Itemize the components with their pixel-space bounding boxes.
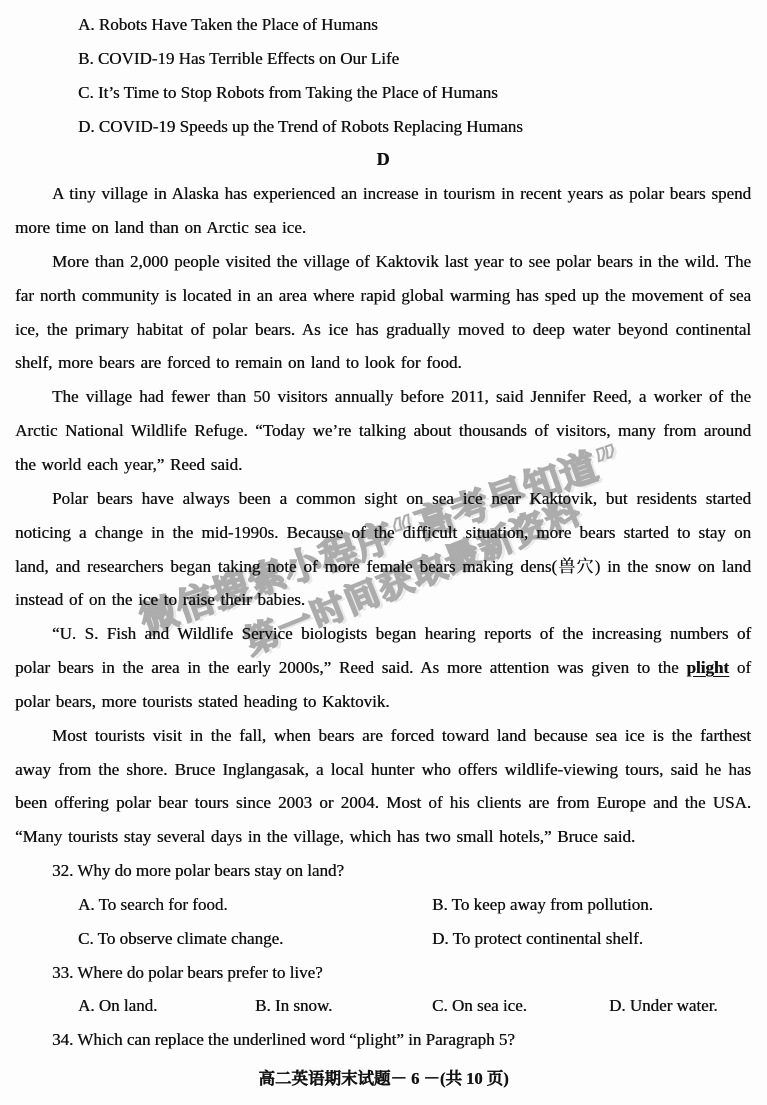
question-32-option-d: D. To protect continental shelf.: [432, 922, 643, 956]
top-answer-options: A. Robots Have Taken the Place of Humans…: [15, 8, 751, 143]
question-32: 32. Why do more polar bears stay on land…: [52, 854, 751, 888]
question-33-option-c: C. On sea ice.: [432, 989, 609, 1023]
top-option-a: A. Robots Have Taken the Place of Humans: [78, 8, 751, 42]
passage-paragraph-5: “U. S. Fish and Wildlife Service biologi…: [15, 617, 751, 719]
question-32-option-a: A. To search for food.: [78, 888, 432, 922]
question-32-options-row-1: A. To search for food. B. To keep away f…: [78, 888, 751, 922]
top-option-c: C. It’s Time to Stop Robots from Taking …: [78, 76, 751, 110]
underlined-keyword-plight: plight: [686, 658, 729, 677]
passage-paragraph-3: The village had fewer than 50 visitors a…: [15, 380, 751, 482]
page-footer: 高二英语期末试题－ 6 －(共 10 页): [0, 1065, 767, 1089]
question-33-option-b: B. In snow.: [255, 989, 432, 1023]
exam-page: 微信搜索小程序“高考早知道” 第一时间获取最新资料 A. Robots Have…: [0, 0, 767, 1105]
passage-paragraph-2: More than 2,000 people visited the villa…: [15, 245, 751, 380]
question-34: 34. Which can replace the underlined wor…: [52, 1023, 751, 1057]
passage-paragraph-6: Most tourists visit in the fall, when be…: [15, 719, 751, 854]
passage-section-label: D: [15, 143, 751, 177]
passage-paragraph-1: A tiny village in Alaska has experienced…: [15, 177, 751, 245]
question-32-option-c: C. To observe climate change.: [78, 922, 432, 956]
page-content: A. Robots Have Taken the Place of Humans…: [0, 0, 767, 1057]
question-33: 33. Where do polar bears prefer to live?: [52, 956, 751, 990]
question-33-option-a: A. On land.: [78, 989, 255, 1023]
top-option-b: B. COVID-19 Has Terrible Effects on Our …: [78, 42, 751, 76]
top-option-d: D. COVID-19 Speeds up the Trend of Robot…: [78, 110, 751, 144]
question-32-option-b: B. To keep away from pollution.: [432, 888, 653, 922]
passage-paragraph-4: Polar bears have always been a common si…: [15, 482, 751, 617]
question-33-option-d: D. Under water.: [609, 989, 718, 1023]
question-32-options-row-2: C. To observe climate change. D. To prot…: [78, 922, 751, 956]
paragraph-5-text-before: “U. S. Fish and Wildlife Service biologi…: [15, 624, 751, 677]
question-33-options-row: A. On land. B. In snow. C. On sea ice. D…: [78, 989, 751, 1023]
